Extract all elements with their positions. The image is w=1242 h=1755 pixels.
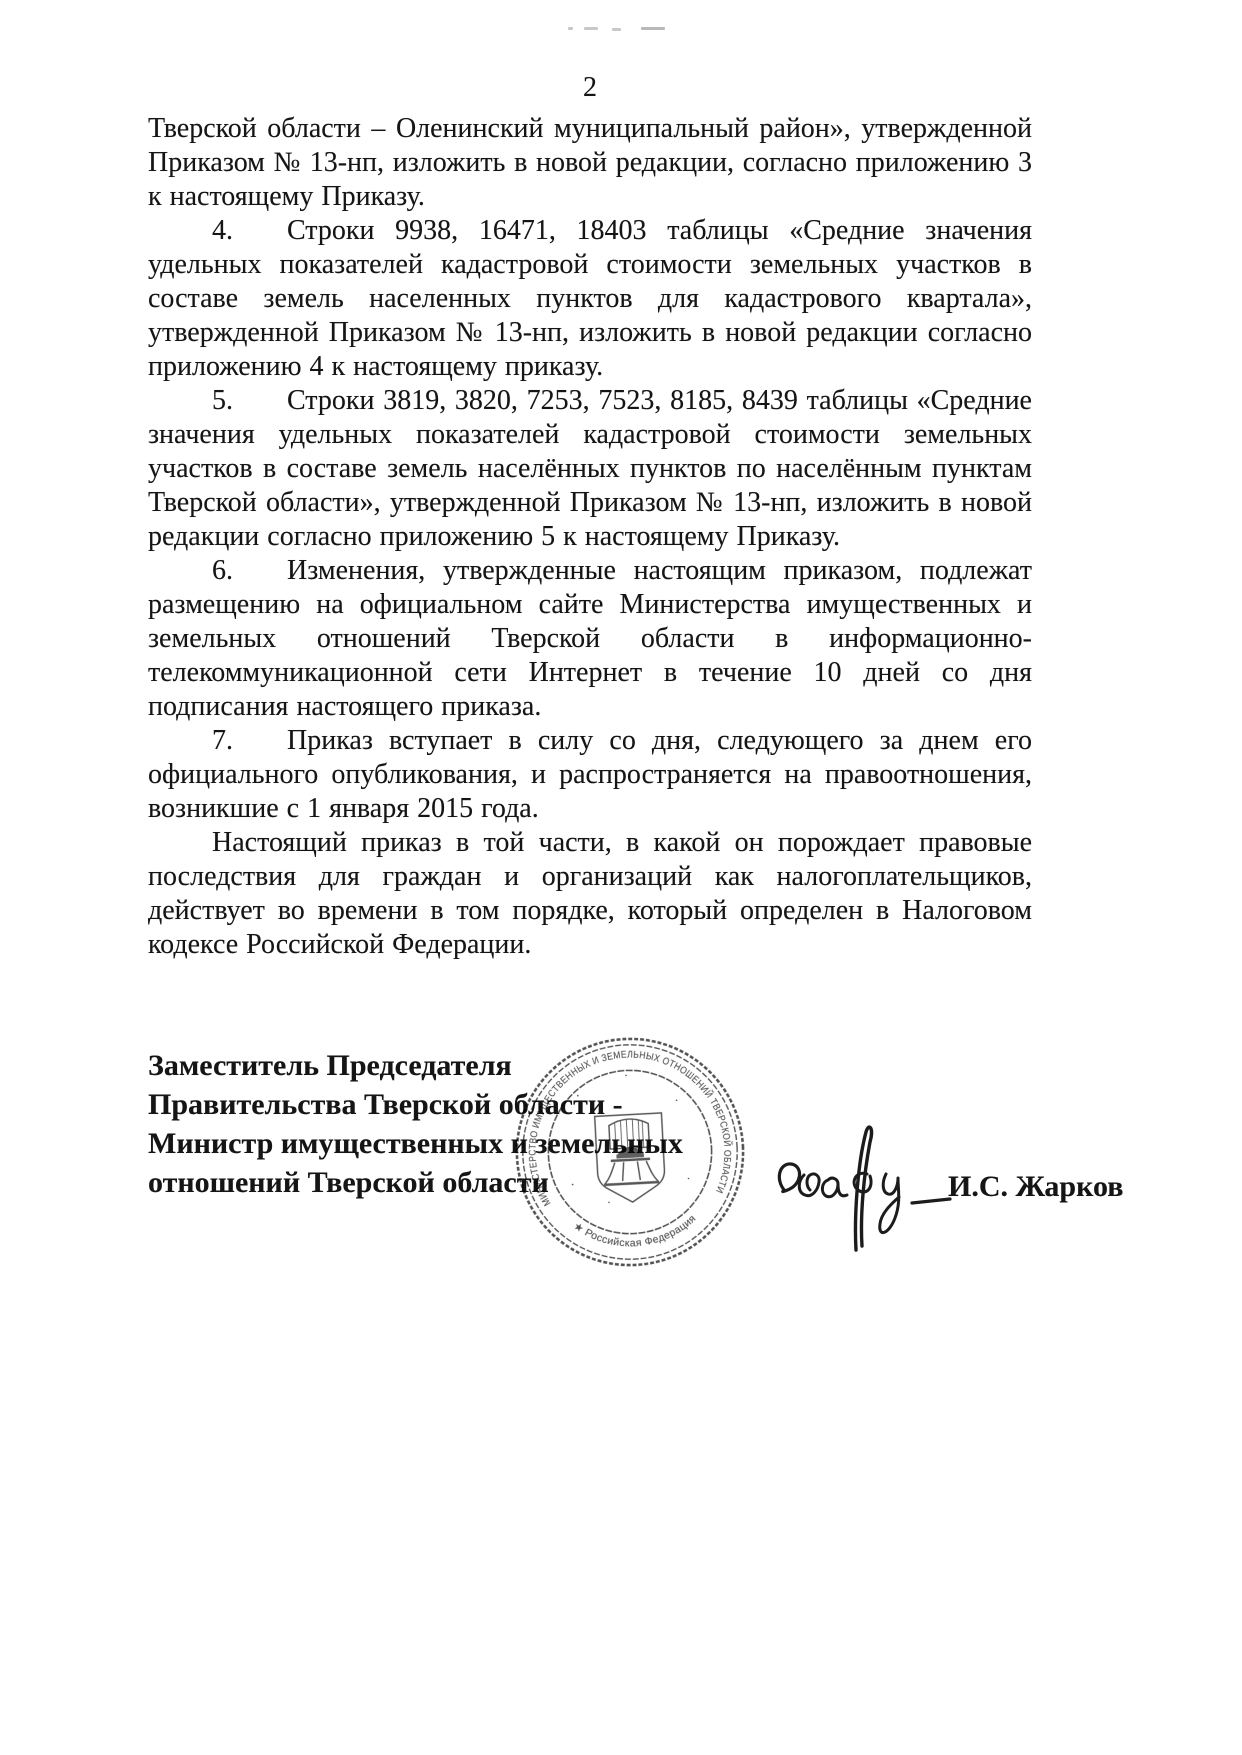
scan-artifact-dash (641, 27, 665, 30)
page-number: 2 (148, 72, 1032, 104)
paragraph-item-7: 7.Приказ вступает в силу со дня, следующ… (148, 724, 1032, 826)
signature-scrawl-icon (770, 1118, 975, 1258)
scan-artifact-dash (568, 27, 573, 30)
paragraph-text: Настоящий приказ в той части, в какой он… (148, 827, 1032, 960)
paragraph-closing: Настоящий приказ в той части, в какой он… (148, 826, 1032, 962)
scan-artifact-dash (612, 28, 621, 31)
paragraph-number: 5. (212, 385, 287, 416)
signer-name: И.С. Жарков (948, 1170, 1123, 1204)
scanned-document-page: 2 Тверской области – Оленинский муниципа… (0, 0, 1242, 1755)
paragraph-item-5: 5.Строки 3819, 3820, 7253, 7523, 8185, 8… (148, 384, 1032, 554)
paragraph-number: 4. (212, 215, 287, 246)
document-body: Тверской области – Оленинский муниципаль… (148, 112, 1032, 962)
paragraph-item-6: 6.Изменения, утвержденные настоящим прик… (148, 554, 1032, 724)
seal-coat-of-arms-icon (566, 1072, 690, 1206)
paragraph-number: 6. (212, 555, 287, 586)
paragraph-text: Тверской области – Оленинский муниципаль… (148, 113, 1032, 212)
paragraph-item-4: 4.Строки 9938, 16471, 18403 таблицы «Сре… (148, 214, 1032, 384)
scan-artifact-dash (584, 27, 598, 30)
ministry-seal-stamp-icon: МИНИСТЕРСТВО ИМУЩЕСТВЕННЫХ И ЗЕМЕЛЬНЫХ О… (506, 1028, 754, 1276)
paragraph-continuation: Тверской области – Оленинский муниципаль… (148, 112, 1032, 214)
paragraph-number: 7. (212, 725, 287, 756)
